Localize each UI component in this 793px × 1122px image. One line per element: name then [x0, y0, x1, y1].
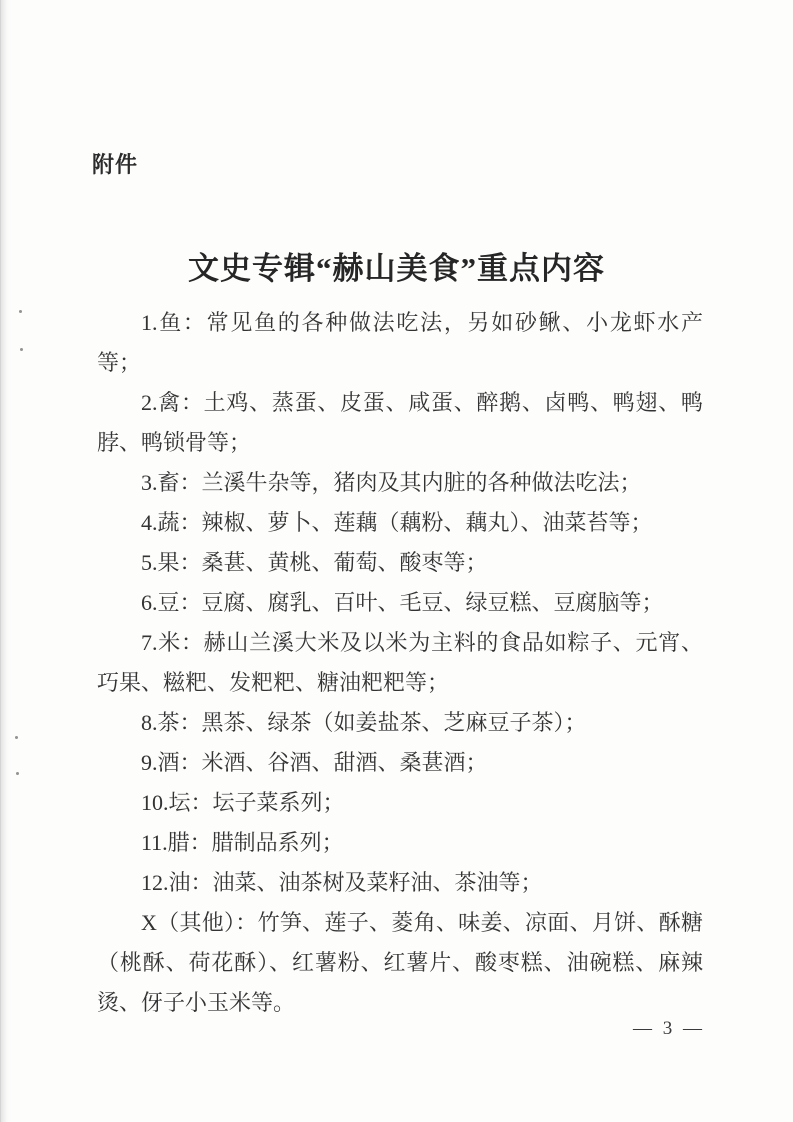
list-item-6: 6.豆：豆腐、腐乳、百叶、毛豆、绿豆糕、豆腐脑等； — [97, 583, 703, 623]
content-list: 1.鱼：常见鱼的各种做法吃法，另如砂鳅、小龙虾水产等； 2.禽：土鸡、蒸蛋、皮蛋… — [97, 303, 703, 1023]
list-item-12: 12.油：油菜、油茶树及菜籽油、茶油等； — [97, 863, 703, 903]
list-item-4: 4.蔬：辣椒、萝卜、莲藕（藕粉、藕丸）、油菜苔等； — [97, 503, 703, 543]
scan-speck — [15, 736, 18, 739]
list-item-x: X（其他）：竹笋、莲子、菱角、味姜、凉面、月饼、酥糖（桃酥、荷花酥）、红薯粉、红… — [97, 903, 703, 1023]
scan-edge-shadow — [0, 0, 11, 1122]
list-item-8: 8.茶：黑茶、绿茶（如姜盐茶、芝麻豆子茶）； — [97, 703, 703, 743]
list-item-11: 11.腊：腊制品系列； — [97, 823, 703, 863]
document-page: 附件 文史专辑“赫山美食”重点内容 1.鱼：常见鱼的各种做法吃法，另如砂鳅、小龙… — [0, 0, 793, 1122]
page-number: — 3 — — [633, 1018, 705, 1040]
list-item-9: 9.酒：米酒、谷酒、甜酒、桑葚酒； — [97, 743, 703, 783]
scan-speck — [16, 772, 19, 775]
list-item-2: 2.禽：土鸡、蒸蛋、皮蛋、咸蛋、醉鹅、卤鸭、鸭翅、鸭脖、鸭锁骨等； — [97, 383, 703, 463]
list-item-10: 10.坛：坛子菜系列； — [97, 783, 703, 823]
list-item-3: 3.畜：兰溪牛杂等，猪肉及其内脏的各种做法吃法； — [97, 463, 703, 503]
list-item-5: 5.果：桑葚、黄桃、葡萄、酸枣等； — [97, 543, 703, 583]
document-title: 文史专辑“赫山美食”重点内容 — [0, 243, 793, 288]
attachment-label: 附件 — [92, 148, 138, 179]
list-item-7: 7.米：赫山兰溪大米及以米为主料的食品如粽子、元宵、巧果、糍粑、发粑粑、糖油粑粑… — [97, 623, 703, 703]
scan-speck — [19, 310, 22, 313]
scan-speck — [20, 348, 23, 351]
list-item-1: 1.鱼：常见鱼的各种做法吃法，另如砂鳅、小龙虾水产等； — [97, 303, 703, 383]
